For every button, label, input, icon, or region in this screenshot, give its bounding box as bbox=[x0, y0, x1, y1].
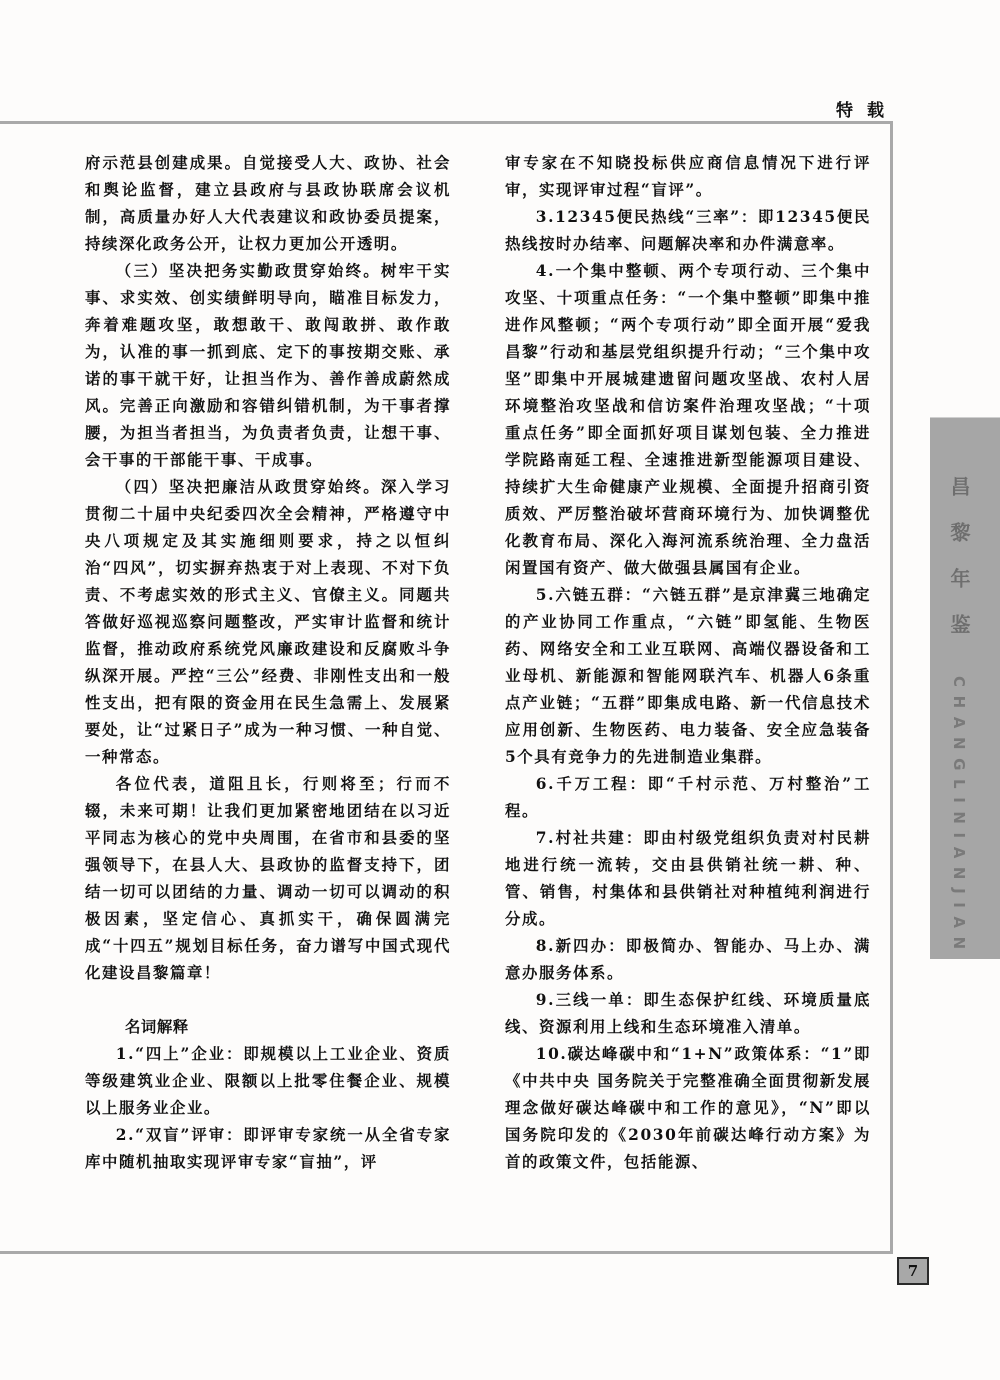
glossary-heading: 名词解释 bbox=[85, 1014, 451, 1041]
paragraph-closing: 各位代表，道阻且长，行则将至；行而不辍，未来可期！让我们更加紧密地团结在以习近平… bbox=[85, 771, 451, 987]
glossary-item-2-continuation: 审专家在不知晓投标供应商信息情况下进行评审，实现评审过程“盲评”。 bbox=[505, 150, 871, 204]
glossary-item-7: 7.村社共建：即由村级党组织负责对村民耕地进行统一流转，交由县供销社统一耕、种、… bbox=[505, 825, 871, 933]
glossary-item-4: 4.一个集中整顿、两个专项行动、三个集中攻坚、十项重点任务：“一个集中整顿”即集… bbox=[505, 258, 871, 582]
running-head: 特载 bbox=[836, 96, 898, 121]
glossary-item-9: 9.三线一单：即生态保护红线、环境质量底线、资源利用上线和生态环境准入清单。 bbox=[505, 987, 871, 1041]
paragraph-section-four: （四）坚决把廉洁从政贯穿始终。深入学习贯彻二十届中央纪委四次全会精神，严格遵守中… bbox=[85, 474, 451, 771]
glossary-item-8: 8.新四办：即极简办、智能办、马上办、满意办服务体系。 bbox=[505, 933, 871, 987]
glossary-item-3: 3.12345便民热线“三率”：即12345便民热线按时办结率、问题解决率和办件… bbox=[505, 204, 871, 258]
glossary-item-5: 5.六链五群：“六链五群”是京津冀三地确定的产业协同工作重点，“六链”即氢能、生… bbox=[505, 582, 871, 771]
yearbook-side-tab: 昌黎年鉴 CHANGLINIANJIAN bbox=[930, 417, 1000, 959]
side-tab-chinese-title: 昌黎年鉴 bbox=[930, 476, 988, 660]
side-tab-pinyin-title: CHANGLINIANJIAN bbox=[930, 676, 988, 958]
glossary-item-2: 2.“双盲”评审：即评审专家统一从全省专家库中随机抽取实现评审专家“盲抽”，评 bbox=[85, 1122, 451, 1176]
glossary-item-1: 1.“四上”企业：即规模以上工业企业、资质等级建筑业企业、限额以上批零住餐企业、… bbox=[85, 1041, 451, 1122]
paragraph-continuation: 府示范县创建成果。自觉接受人大、政协、社会和舆论监督，建立县政府与县政协联席会议… bbox=[85, 150, 451, 258]
paragraph-section-three: （三）坚决把务实勤政贯穿始终。树牢干实事、求实效、创实绩鲜明导向，瞄准目标发力，… bbox=[85, 258, 451, 474]
left-column: 府示范县创建成果。自觉接受人大、政协、社会和舆论监督，建立县政府与县政协联席会议… bbox=[85, 150, 451, 1176]
glossary-item-6: 6.千万工程：即“千村示范、万村整治”工程。 bbox=[505, 771, 871, 825]
glossary-item-10: 10.碳达峰碳中和“1+N”政策体系：“1”即《中共中央 国务院关于完整准确全面… bbox=[505, 1041, 871, 1176]
page-number: 7 bbox=[897, 1257, 929, 1285]
right-column: 审专家在不知晓投标供应商信息情况下进行评审，实现评审过程“盲评”。 3.1234… bbox=[505, 150, 871, 1176]
